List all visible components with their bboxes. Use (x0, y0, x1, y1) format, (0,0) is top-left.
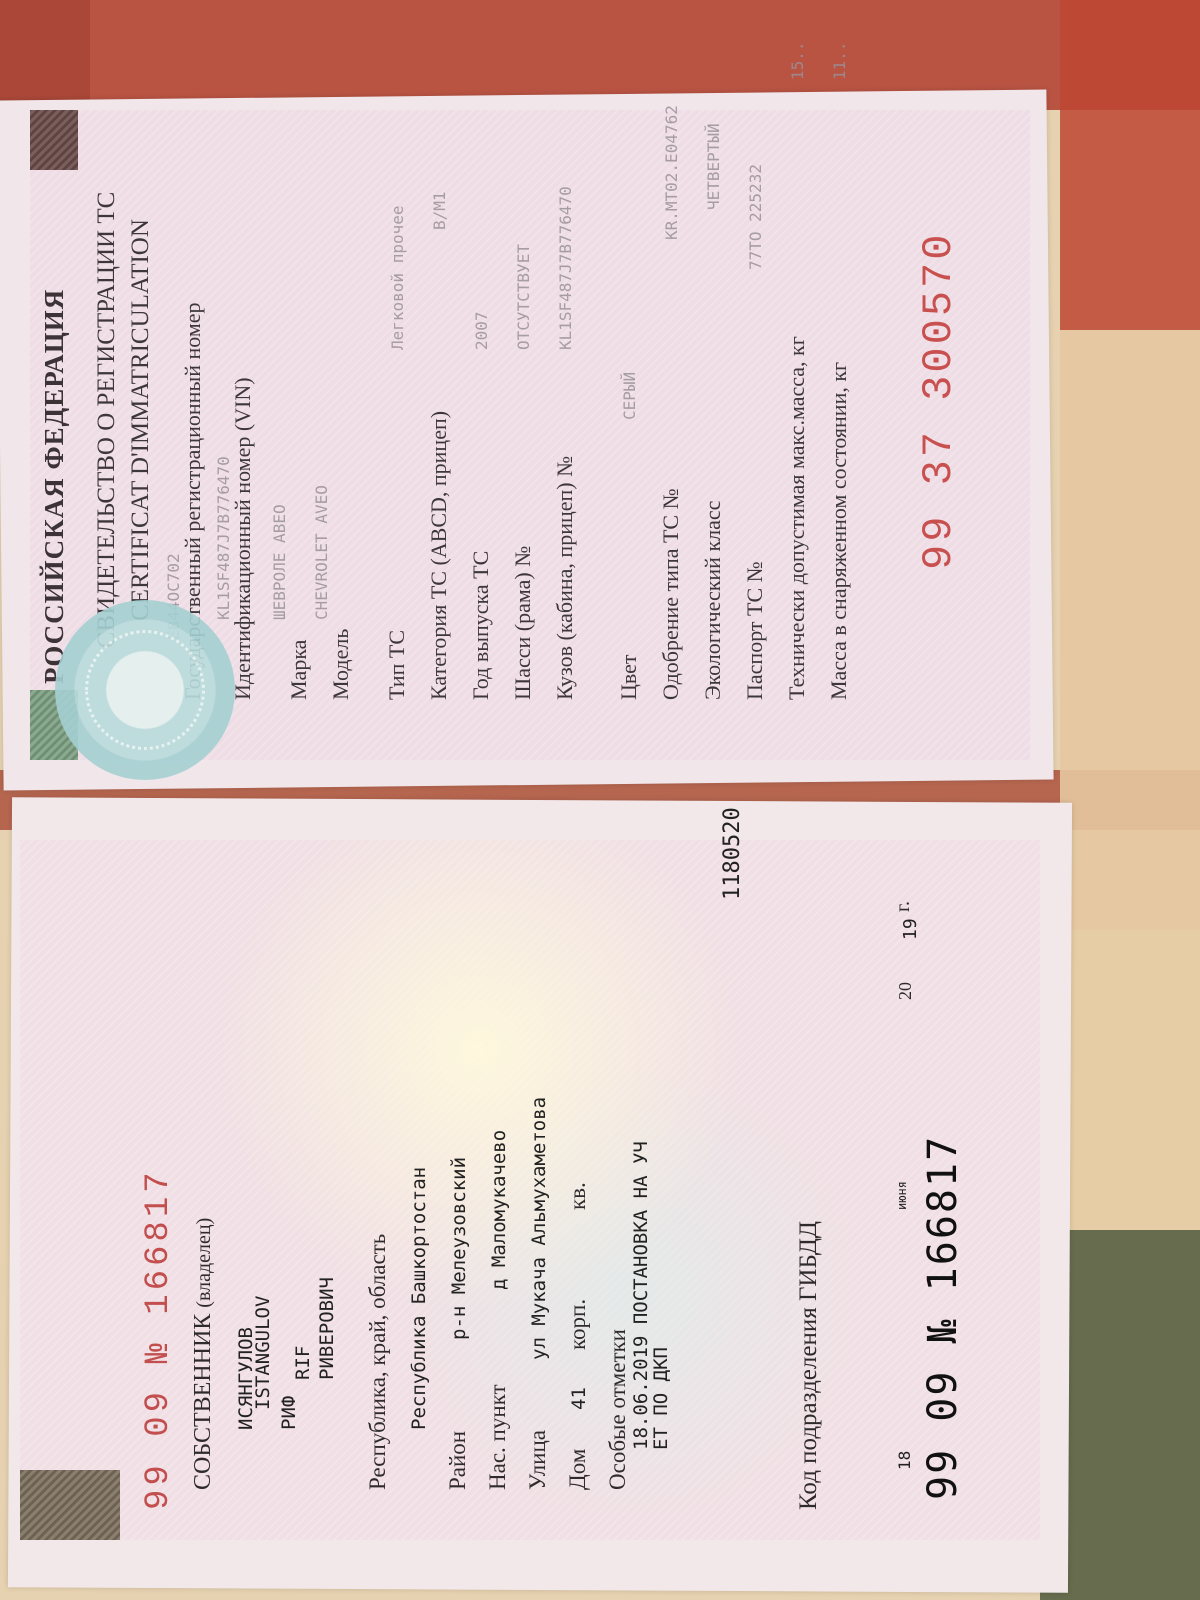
owner-surname-lat: ISTANGULOV (252, 1296, 274, 1410)
street-label: Улица (525, 1430, 551, 1490)
field-value: CHEVROLET AVEO (312, 485, 331, 620)
vehicle-fields: Государственный регистрационный номерЕ84… (180, 0, 868, 700)
building-label: корп. (565, 1299, 591, 1350)
field-value: 15.. (788, 41, 807, 80)
house-label: Дом (565, 1449, 591, 1490)
field-value: В/М1 (430, 191, 449, 230)
field-label: Идентификационный номер (VIN) (230, 377, 256, 700)
field-value: KR.MT02.E04762 (662, 105, 681, 240)
vehicle-field-row: Масса в снаряженном состоянии, кг11.. (826, 0, 868, 700)
field-value: 2007 (472, 311, 491, 350)
house-value: 41 (568, 1387, 590, 1410)
field-label: Категория ТС (ABCD, прицеп) (426, 411, 452, 700)
district-label: Район (445, 1431, 471, 1490)
field-value: 77ТО 225232 (746, 164, 765, 270)
country-header: РОССИЙСКАЯ ФЕДЕРАЦИЯ (39, 110, 70, 690)
issue-year: 19 (900, 918, 921, 940)
field-value: 11.. (830, 41, 849, 80)
locality-label: Нас. пункт (485, 1384, 511, 1490)
printed-serial: 99 09 № 166817 (920, 1135, 966, 1500)
issue-year-prefix: 20 (895, 982, 916, 1000)
notes-label: Особые отметки (605, 1329, 631, 1490)
certificate-serial: 99 37 300570 (915, 232, 963, 570)
issue-month: июня (895, 1181, 909, 1210)
field-value: СЕРЫЙ (620, 372, 639, 420)
vehicle-field-row: Экологический классЧЕТВЕРТЫЙ (700, 0, 742, 700)
region-label: Республика, край, область (365, 1234, 391, 1490)
vehicle-field-row: Тип ТСЛегковой прочее (384, 0, 426, 700)
region-value: Республика Башкортостан (408, 1167, 430, 1430)
vehicle-field-row: Одобрение типа ТС №KR.MT02.E04762 (658, 0, 700, 700)
vehicle-field-row: ЦветСЕРЫЙ (616, 0, 658, 700)
field-label: Цвет (616, 654, 642, 700)
owner-patronymic: РИВЕРОВИЧ (316, 1277, 338, 1380)
field-value: Легковой прочее (388, 206, 407, 351)
issue-year-suffix: г. (892, 901, 915, 912)
vehicle-field-row: Год выпуска ТС2007 (468, 0, 510, 700)
street-value: ул Мукача Альмухаметова (528, 1097, 550, 1360)
field-value: ШЕВРОЛЕ АВЕО (270, 504, 289, 620)
field-label: Модель (328, 629, 354, 700)
issue-day: 18 (895, 1451, 914, 1470)
vehicle-field-row: Технически допустимая макс.масса, кг15.. (784, 0, 826, 700)
owner-serial: 99 09 № 166817 (140, 1168, 178, 1510)
vehicle-field-row: Шасси (рама) №ОТСУТСТВУЕТ (510, 0, 552, 700)
field-label: Кузов (кабина, прицеп) № (552, 456, 578, 700)
vehicle-field-row: МодельCHEVROLET AVEO (328, 0, 370, 700)
unit-code-value: 1180520 (720, 807, 745, 900)
vehicle-field-row: Идентификационный номер (VIN)KL1SF487J7B… (230, 0, 272, 700)
field-label: Тип ТС (384, 630, 410, 700)
coat-of-arms-hologram (55, 600, 235, 780)
field-label: Шасси (рама) № (510, 546, 536, 700)
field-value: ЧЕТВЕРТЫЙ (704, 123, 723, 210)
notes-value-1: 18.06.2019 ПОСТАНОВКА НА УЧ (630, 1141, 652, 1450)
vehicle-field-row: Кузов (кабина, прицеп) №KL1SF487J7B77647… (552, 0, 594, 700)
ornament-brown (30, 110, 78, 170)
owner-name-lat: RIF (292, 1346, 314, 1380)
field-label: Марка (286, 640, 312, 700)
field-label: Паспорт ТС № (742, 561, 768, 700)
owner-name-ru: РИФ (278, 1396, 300, 1430)
vehicle-field-row: Паспорт ТС №77ТО 225232 (742, 0, 784, 700)
district-value: р-н Мелеузовский (448, 1157, 470, 1340)
field-label: Масса в снаряженном состоянии, кг (826, 362, 852, 700)
field-label: Экологический класс (700, 501, 726, 700)
notes-value-2: ЕТ ПО ДКП (650, 1347, 672, 1450)
field-label: Год выпуска ТС (468, 551, 494, 700)
apartment-label: кв. (565, 1182, 591, 1210)
unit-code-label: Код подразделения ГИБДД (795, 1221, 823, 1510)
field-label: Технически допустимая макс.масса, кг (784, 336, 810, 700)
field-value: KL1SF487J7B776470 (556, 186, 575, 350)
owner-info-card: 99 09 № 166817 СОБСТВЕННИК (владелец) ИС… (20, 840, 1040, 1540)
field-value: ОТСУТСТВУЕТ (514, 244, 533, 350)
field-label: Одобрение типа ТС № (658, 488, 684, 700)
vehicle-field-row: Категория ТС (ABCD, прицеп)В/М1 (426, 0, 468, 700)
ornament-band (20, 1470, 120, 1540)
field-value: KL1SF487J7B776470 (214, 456, 233, 620)
owner-label: СОБСТВЕННИК (владелец) (190, 1218, 217, 1490)
locality-value: д Маломукачево (488, 1130, 510, 1290)
